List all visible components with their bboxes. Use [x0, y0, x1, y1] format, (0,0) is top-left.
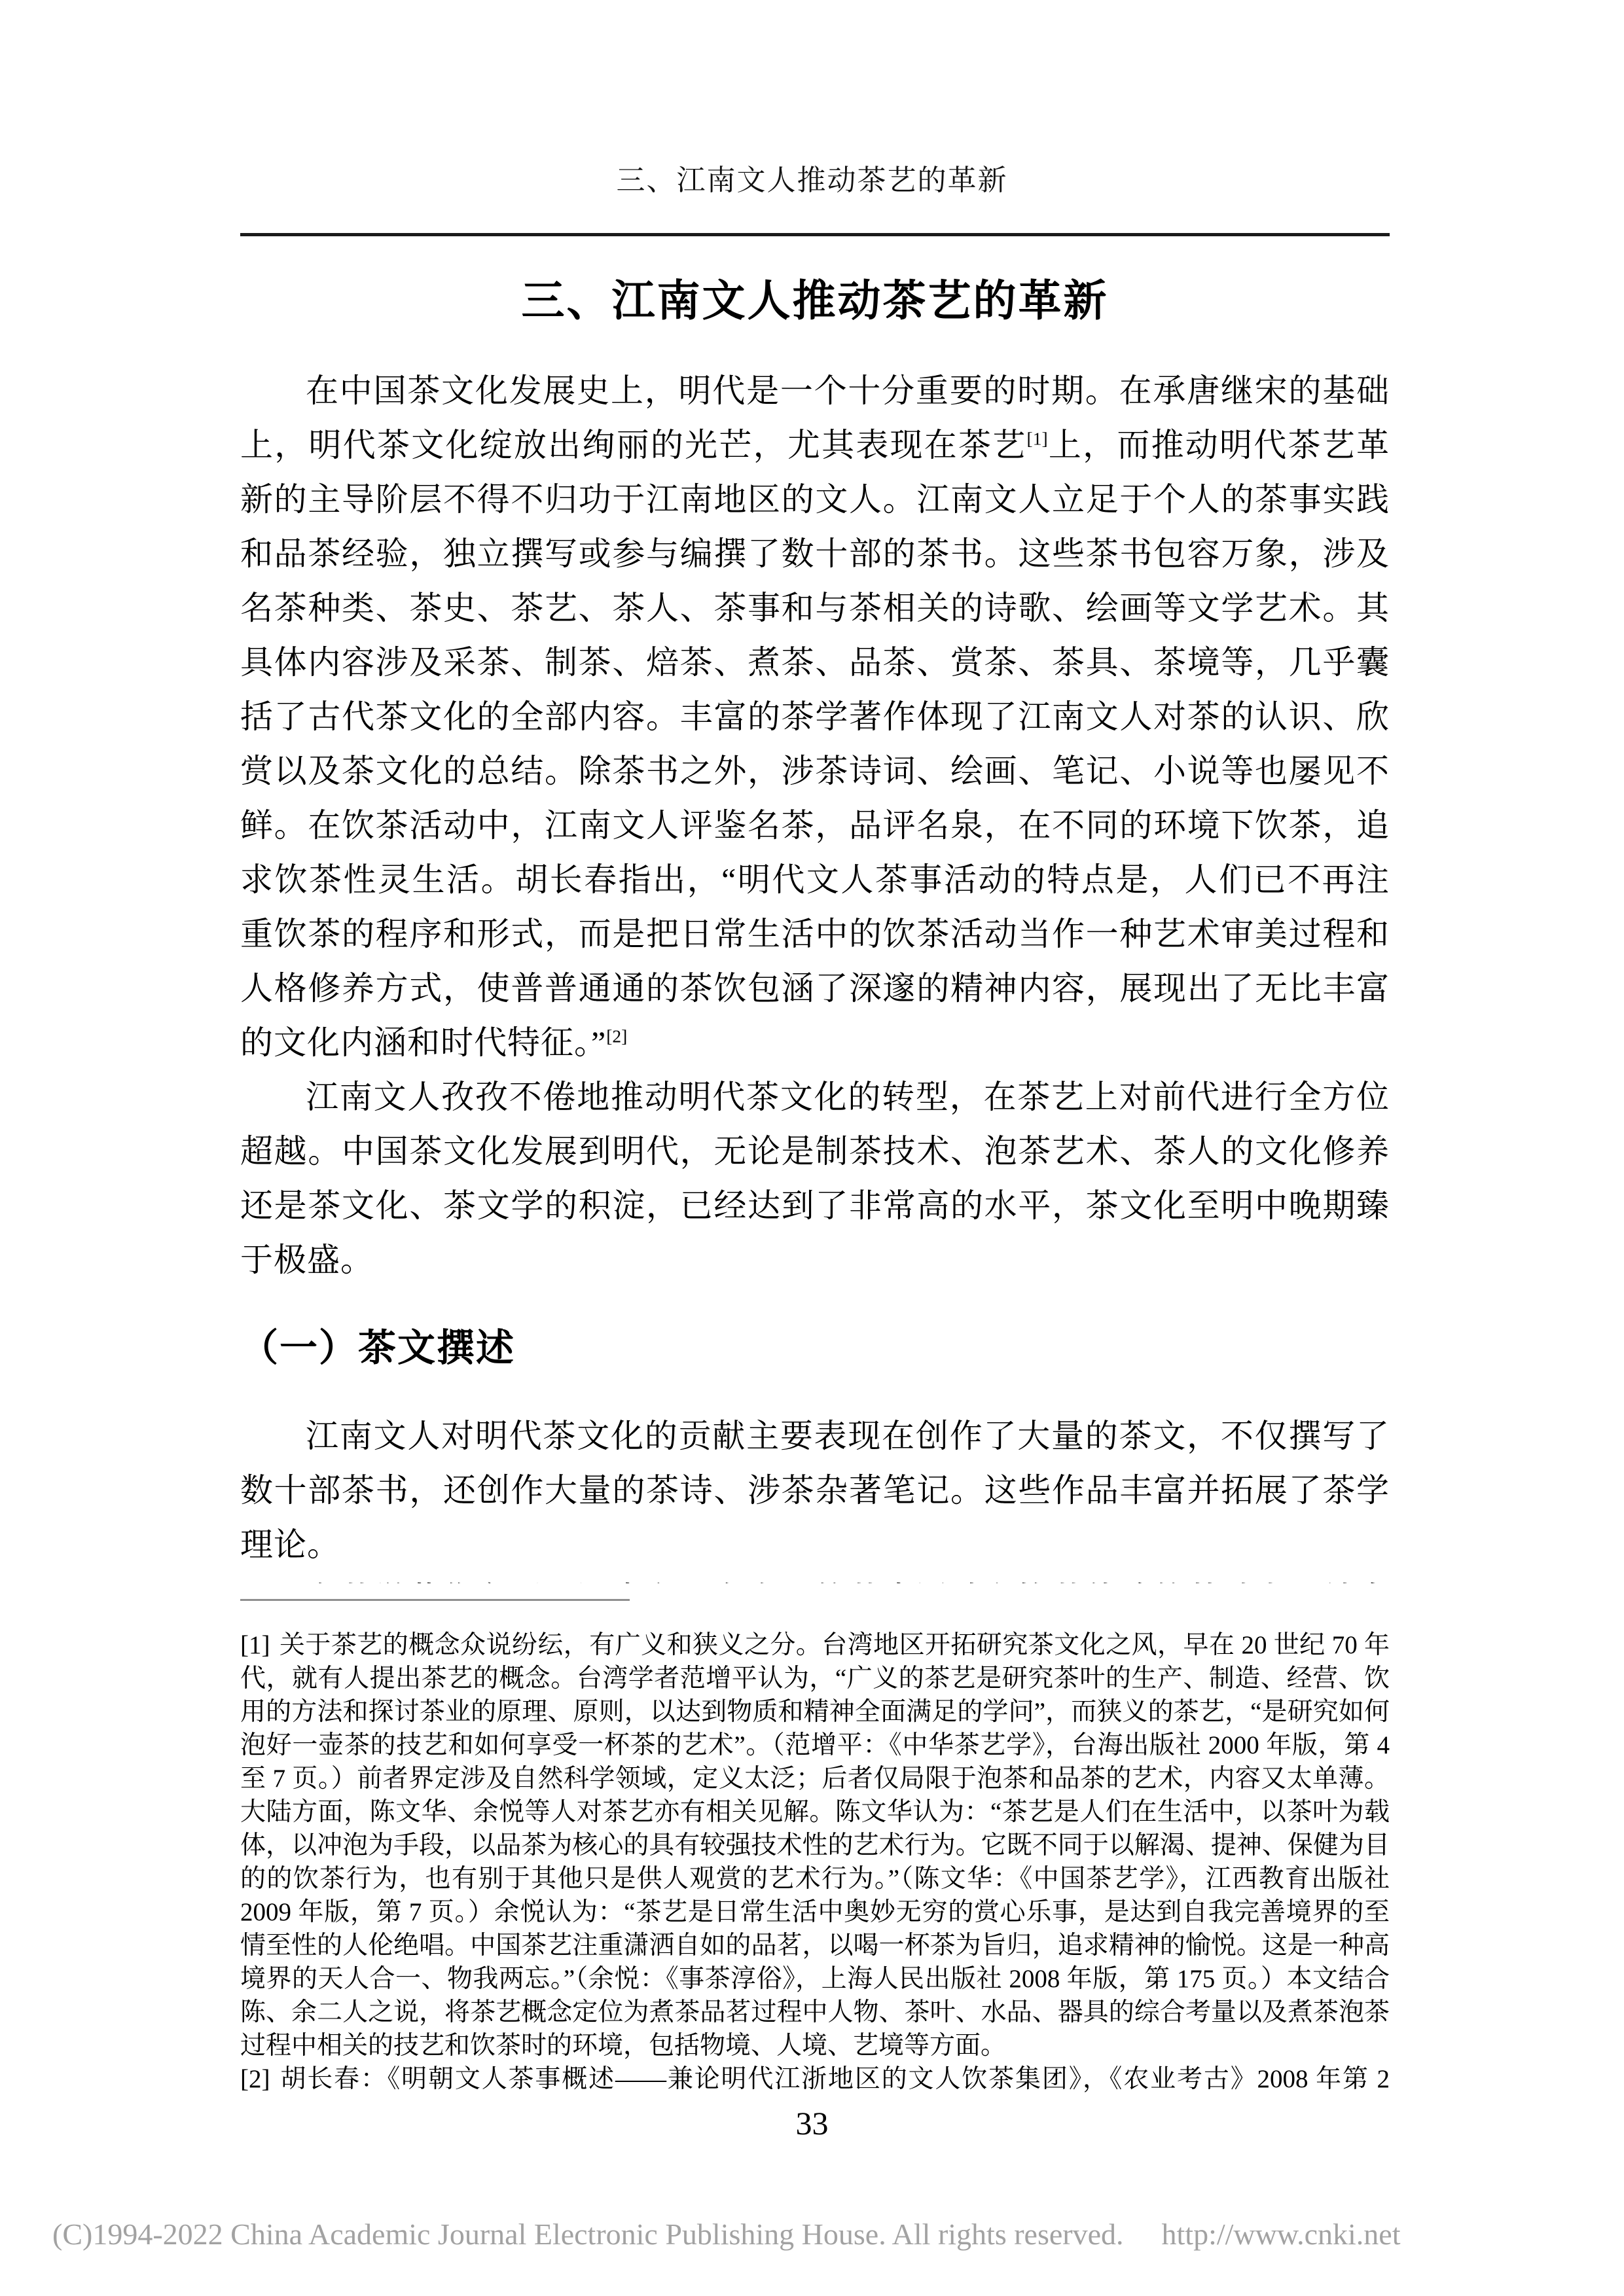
publisher-url: http://www.cnki.net — [1162, 2217, 1401, 2251]
copyright-text: (C)1994-2022 China Academic Journal Elec… — [52, 2217, 1124, 2251]
article-title: 三、江南文人推动茶艺的革新 — [240, 278, 1390, 326]
paragraph-4-text-a: 在茶学著作方面，江南文人在个人的茶事活动和饮茶体验的基础上，结合前代茶学理论，撰… — [240, 1581, 1390, 1583]
running-head: 三、江南文人推动茶艺的革新 — [0, 165, 1624, 196]
footnote-2-marker: [2] — [240, 2065, 270, 2093]
page-number: 33 — [0, 2106, 1624, 2140]
document-page: 三、江南文人推动茶艺的革新 三、江南文人推动茶艺的革新 在中国茶文化发展史上，明… — [0, 0, 1624, 2296]
footnotes-section: [1]关于茶艺的概念众说纷纭，有广义和狭义之分。台湾地区开拓研究茶文化之风，早在… — [240, 1599, 1390, 2096]
footnote-separator — [240, 1599, 630, 1601]
paragraph-1: 在中国茶文化发展史上，明代是一个十分重要的时期。在承唐继宋的基础上，明代茶文化绽… — [240, 364, 1390, 1070]
paragraph-3: 江南文人对明代茶文化的贡献主要表现在创作了大量的茶文，不仅撰写了数十部茶书，还创… — [240, 1409, 1390, 1572]
paragraph-4: 在茶学著作方面，江南文人在个人的茶事活动和饮茶体验的基础上，结合前代茶学理论，撰… — [240, 1572, 1390, 1583]
footnote-ref-1: [1] — [1027, 428, 1048, 448]
footnote-1-marker: [1] — [240, 1631, 270, 1659]
copyright-watermark: (C)1994-2022 China Academic Journal Elec… — [52, 2217, 1401, 2251]
footnote-1-text: 关于茶艺的概念众说纷纭，有广义和狭义之分。台湾地区开拓研究茶文化之风，早在 20… — [240, 1631, 1390, 2060]
paragraph-1-text-b: 上，而推动明代茶艺革新的主导阶层不得不归功于江南地区的文人。江南文人立足于个人的… — [240, 427, 1390, 1061]
footnote-2: [2]胡长春：《明朝文人茶事概述——兼论明代江浙地区的文人饮茶集团》，《农业考古… — [240, 2062, 1390, 2096]
footnote-ref-2: [2] — [606, 1026, 627, 1046]
footnote-1: [1]关于茶艺的概念众说纷纭，有广义和狭义之分。台湾地区开拓研究茶文化之风，早在… — [240, 1628, 1390, 2062]
footnote-2-text: 胡长春：《明朝文人茶事概述——兼论明代江浙地区的文人饮茶集团》，《农业考古》20… — [240, 2065, 1390, 2096]
article-content: 三、江南文人推动茶艺的革新 在中国茶文化发展史上，明代是一个十分重要的时期。在承… — [240, 278, 1390, 1583]
section-heading: （一）茶文撰述 — [240, 1328, 1390, 1369]
header-rule — [240, 233, 1390, 236]
paragraph-2: 江南文人孜孜不倦地推动明代茶文化的转型，在茶艺上对前代进行全方位超越。中国茶文化… — [240, 1070, 1390, 1287]
